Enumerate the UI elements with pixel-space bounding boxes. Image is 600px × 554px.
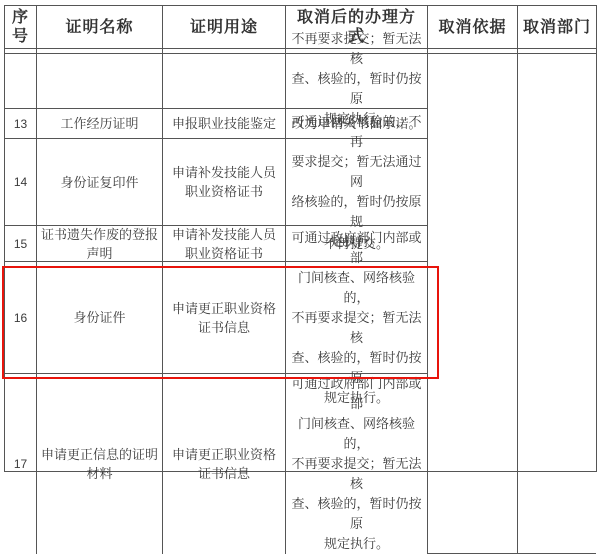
table-grid: 取消部门取消依据取消后的办理方式证明用途证明名称序 号 不再要求提交；暂无法核 … (5, 6, 596, 471)
header-cell-purpose: 证明用途 (163, 6, 286, 49)
row-16-no-cell: 16 (5, 262, 37, 374)
row-13-no-cell: 13 (5, 109, 37, 139)
row-17-name-cell: 申请更正信息的证明 材料 (37, 374, 163, 554)
row-16-purpose-cell: 申请更正职业资格 证书信息 (163, 262, 286, 374)
row-15-purpose-cell: 申请补发技能人员 职业资格证书 (163, 226, 286, 262)
row-16-method-cell: 可通过政府部门内部或部 门间核查、网络核验的， 不再要求提交；暂无法核 查、核验… (286, 262, 428, 374)
row-14-purpose-cell: 申请补发技能人员 职业资格证书 (163, 139, 286, 226)
header-cell-basis: 取消依据 (428, 6, 518, 49)
row-cont-0-no-cell (5, 49, 37, 109)
cancelled-certificates-table: 取消部门取消依据取消后的办理方式证明用途证明名称序 号 不再要求提交；暂无法核 … (4, 5, 597, 472)
row-17-no-cell: 17 (5, 374, 37, 554)
merged-cell-cancel-basis (428, 49, 518, 554)
row-16-name-cell: 身份证件 (37, 262, 163, 374)
header-cell-name: 证明名称 (37, 6, 163, 49)
row-cont-0-method-cell: 不再要求提交；暂无法核 查、核验的，暂时仍按原 规定执行。 (286, 49, 428, 109)
row-15-no-cell: 15 (5, 226, 37, 262)
header-cell-no: 序 号 (5, 6, 37, 49)
row-14-method-cell: 可通过网络核验的，不再 要求提交；暂无法通过网 络核验的，暂时仍按原规 定执行。 (286, 139, 428, 226)
row-17-method-cell: 可通过政府部门内部或部 门间核查、网络核验的， 不再要求提交；暂无法核 查、核验… (286, 374, 428, 554)
row-17-purpose-cell: 申请更正职业资格 证书信息 (163, 374, 286, 554)
row-15-name-cell: 证书遗失作废的登报 声明 (37, 226, 163, 262)
row-cont-0-purpose-cell (163, 49, 286, 109)
merged-cell-cancel-department (518, 49, 596, 554)
row-14-name-cell: 身份证复印件 (37, 139, 163, 226)
row-13-name-cell: 工作经历证明 (37, 109, 163, 139)
row-cont-0-name-cell (37, 49, 163, 109)
row-14-no-cell: 14 (5, 139, 37, 226)
header-cell-dept: 取消部门 (518, 6, 596, 49)
row-13-purpose-cell: 申报职业技能鉴定 (163, 109, 286, 139)
